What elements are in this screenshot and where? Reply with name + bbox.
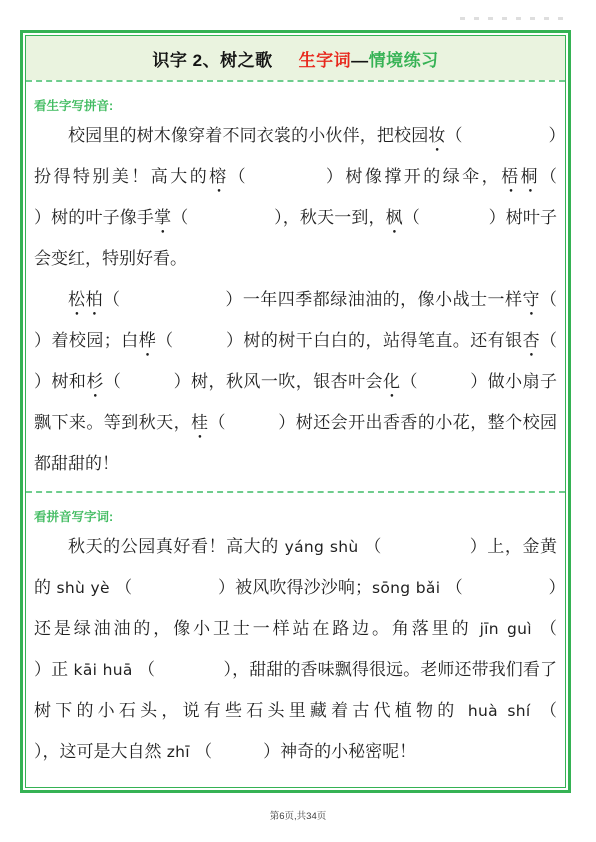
paragraph: 校园里的树木像穿着不同衣裳的小伙伴，把校园妆（ ）扮得特别美！高大的榕（ ）树像…	[34, 116, 557, 280]
worksheet-border: 识字 2、树之歌生字词—情境练习 看生字写拼音:校园里的树木像穿着不同衣裳的小伙…	[20, 30, 571, 793]
worksheet-body: 识字 2、树之歌生字词—情境练习 看生字写拼音:校园里的树木像穿着不同衣裳的小伙…	[25, 35, 566, 788]
body-text: 校园里的树木像穿着不同衣裳的小伙伴，把校园	[68, 126, 428, 146]
pinyin-text: kāi huā	[68, 661, 138, 679]
emphasized-char: 守	[523, 290, 540, 310]
emphasized-char: 松柏	[68, 290, 103, 310]
pinyin-text: shù yè	[51, 579, 115, 597]
sections: 看生字写拼音:校园里的树木像穿着不同衣裳的小伙伴，把校园妆（ ）扮得特别美！高大…	[26, 80, 565, 787]
faint-watermark	[460, 17, 572, 20]
pinyin-text: zhī	[162, 743, 196, 761]
emphasized-char: 榕	[209, 167, 228, 187]
section-label: 看生字写拼音:	[34, 96, 557, 114]
body-text: （ ）树像撑开的绿伞，	[229, 167, 501, 187]
paragraph: 松柏（ ）一年四季都绿油油的，像小战士一样守（ ）着校园；白桦（ ）树的树干白白…	[34, 280, 557, 485]
body-text: （ ）神奇的小秘密呢！	[195, 742, 416, 762]
emphasized-char: 杉	[86, 372, 103, 392]
title-highlight-green: 情境练习	[369, 51, 439, 70]
section-2: 看拼音写字词:秋天的公园真好看！高大的 yáng shù （ ）上，金黄的 sh…	[26, 491, 565, 787]
body-text: （ ）被风吹得沙沙响；	[115, 578, 372, 598]
section-1: 看生字写拼音:校园里的树木像穿着不同衣裳的小伙伴，把校园妆（ ）扮得特别美！高大…	[26, 80, 565, 491]
emphasized-char: 桦	[139, 331, 156, 351]
emphasized-char: 桂	[191, 413, 208, 433]
paragraph: 秋天的公园真好看！高大的 yáng shù （ ）上，金黄的 shù yè （ …	[34, 527, 557, 773]
worksheet-title: 识字 2、树之歌生字词—情境练习	[26, 36, 565, 80]
page-number: 第6页,共34页	[0, 808, 596, 822]
body-text: （ ），秋天一到，	[171, 208, 385, 228]
section-label: 看拼音写字词:	[34, 507, 557, 525]
emphasized-char: 妆	[428, 126, 445, 146]
emphasized-char: 杏	[523, 331, 540, 351]
pinyin-text: sōng bǎi	[372, 579, 446, 597]
title-lesson: 识字 2、树之歌	[152, 51, 272, 70]
emphasized-char: 梧桐	[501, 167, 540, 187]
title-highlight-red: 生字词	[299, 51, 352, 70]
body-text: （ ）树的树干白白的，站得笔直。还有银	[156, 331, 522, 351]
emphasized-char: 枫	[386, 208, 403, 228]
emphasized-char: 掌	[154, 208, 171, 228]
pinyin-text: huà shí	[458, 702, 540, 720]
emphasized-char: 化	[383, 372, 400, 392]
body-text: 秋天的公园真好看！高大的	[68, 537, 279, 557]
pinyin-text: jīn guì	[471, 620, 540, 638]
title-dash: —	[351, 51, 369, 70]
body-text: （ ）树，秋风一吹，银杏叶会	[104, 372, 383, 392]
body-text: （ ）一年四季都绿油油的，像小战士一样	[103, 290, 523, 310]
pinyin-text: yáng shù	[279, 538, 365, 556]
